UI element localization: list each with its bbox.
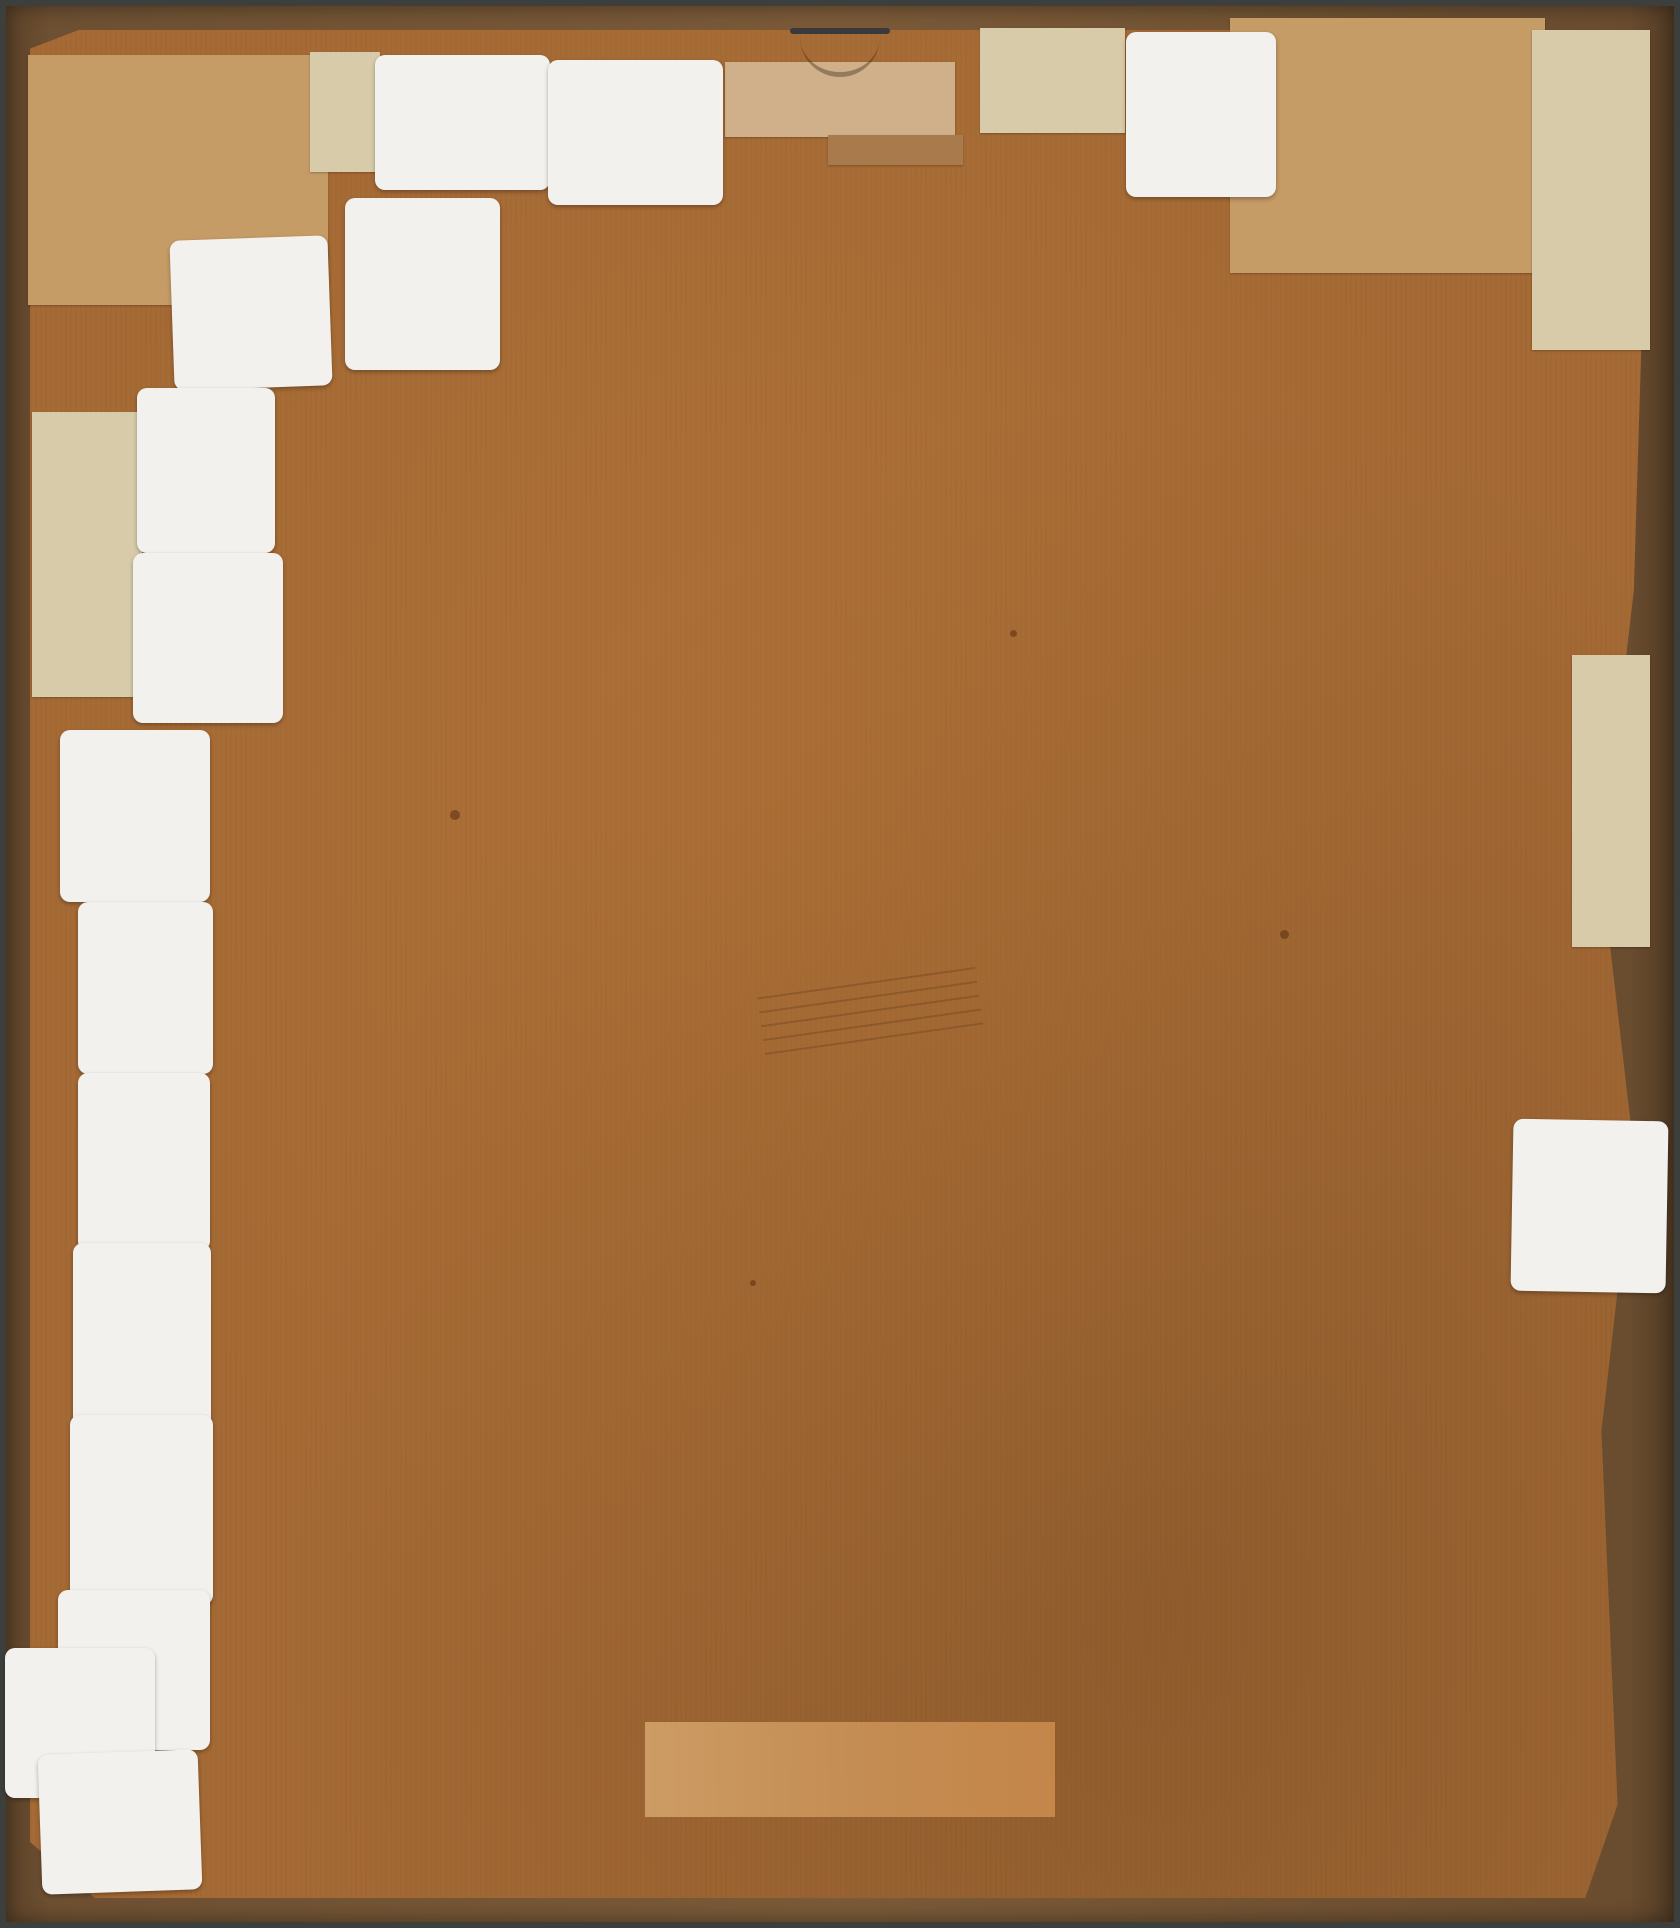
stain	[1010, 630, 1017, 637]
blank-sticker	[1126, 32, 1276, 197]
blank-sticker	[375, 55, 550, 190]
blank-sticker	[60, 730, 210, 902]
tape-strip	[1532, 30, 1650, 350]
blank-sticker	[70, 1415, 213, 1605]
blank-sticker	[78, 1073, 210, 1251]
tape-strip	[828, 135, 963, 165]
stain	[450, 810, 460, 820]
blank-sticker	[133, 553, 283, 723]
blank-sticker	[38, 1749, 203, 1894]
tape-strip	[32, 412, 142, 697]
blank-sticker	[1511, 1119, 1669, 1294]
hanging-wire[interactable]	[790, 28, 890, 34]
stain	[750, 1280, 756, 1286]
blank-sticker	[169, 235, 332, 390]
bottom-tape-patch	[645, 1722, 1055, 1817]
blank-sticker	[137, 388, 275, 553]
blank-sticker	[548, 60, 723, 205]
blank-sticker	[73, 1243, 211, 1428]
blank-sticker	[78, 902, 213, 1074]
tape-strip	[980, 28, 1125, 133]
stain	[1280, 930, 1289, 939]
tape-strip	[1230, 18, 1545, 273]
blank-sticker	[345, 198, 500, 370]
tape-strip	[310, 52, 380, 172]
tape-strip	[1572, 655, 1650, 947]
